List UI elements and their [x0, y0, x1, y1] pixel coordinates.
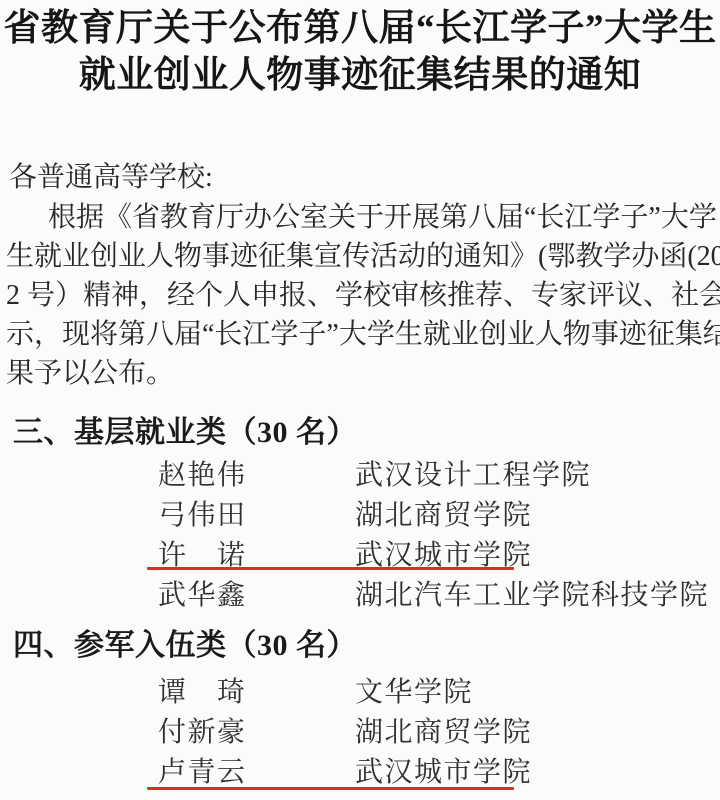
entry-name: 谭 琦	[158, 673, 355, 713]
scanned-notice-page: 省教育厅关于公布第八届“长江学子”大学生 就业创业人物事迹征集结果的通知 各普通…	[0, 0, 720, 800]
entry-name: 许 诺	[158, 536, 355, 576]
entry-school: 湖北商贸学院	[355, 713, 720, 753]
red-underline-mark-xu-nuo	[147, 567, 514, 570]
entry-name: 付新豪	[158, 713, 355, 753]
notice-title: 省教育厅关于公布第八届“长江学子”大学生 就业创业人物事迹征集结果的通知	[0, 5, 720, 99]
entry-school: 武汉城市学院	[355, 536, 720, 576]
entry-school: 武汉设计工程学院	[355, 456, 720, 496]
entry-row: 赵艳伟 武汉设计工程学院	[0, 456, 720, 496]
body-paragraph: 根据《省教育厅办公室关于开展第八届“长江学子”大学 生就业创业人物事迹征集宣传活…	[6, 198, 712, 393]
paragraph-line-4: 示，现将第八届“长江学子”大学生就业创业人物事迹征集结	[6, 315, 712, 354]
section-military-enlistment-list: 谭 琦 文华学院 付新豪 湖北商贸学院 卢青云 武汉城市学院	[0, 673, 720, 793]
paragraph-line-5: 果予以公布。	[6, 354, 712, 393]
entry-school: 湖北汽车工业学院科技学院	[355, 576, 720, 616]
entry-row: 武华鑫 湖北汽车工业学院科技学院	[0, 576, 720, 616]
section-heading-grassroots-employment: 三、基层就业类（30 名）	[13, 416, 357, 450]
salutation: 各普通高等学校:	[9, 163, 213, 193]
paragraph-line-1: 根据《省教育厅办公室关于开展第八届“长江学子”大学	[6, 198, 712, 237]
entry-row: 弓伟田 湖北商贸学院	[0, 496, 720, 536]
section-heading-military-enlistment: 四、参军入伍类（30 名）	[13, 629, 357, 663]
entry-row: 付新豪 湖北商贸学院	[0, 713, 720, 753]
notice-title-line-1: 省教育厅关于公布第八届“长江学子”大学生	[0, 5, 720, 52]
entry-school: 文华学院	[355, 673, 720, 713]
notice-title-line-2: 就业创业人物事迹征集结果的通知	[0, 52, 720, 99]
entry-row: 谭 琦 文华学院	[0, 673, 720, 713]
entry-school: 湖北商贸学院	[355, 496, 720, 536]
entry-name: 武华鑫	[158, 576, 355, 616]
paragraph-line-3: 2 号）精神，经个人申报、学校审核推荐、专家评议、社会公	[6, 276, 712, 315]
red-underline-mark-lu-qingyun	[147, 787, 514, 790]
section-grassroots-employment-list: 赵艳伟 武汉设计工程学院 弓伟田 湖北商贸学院 许 诺 武汉城市学院 武华鑫 湖…	[0, 456, 720, 616]
paragraph-line-2: 生就业创业人物事迹征集宣传活动的通知》(鄂教学办函(2022)	[6, 237, 712, 276]
entry-name: 赵艳伟	[158, 456, 355, 496]
entry-row-highlighted: 许 诺 武汉城市学院	[0, 536, 720, 576]
entry-name: 弓伟田	[158, 496, 355, 536]
